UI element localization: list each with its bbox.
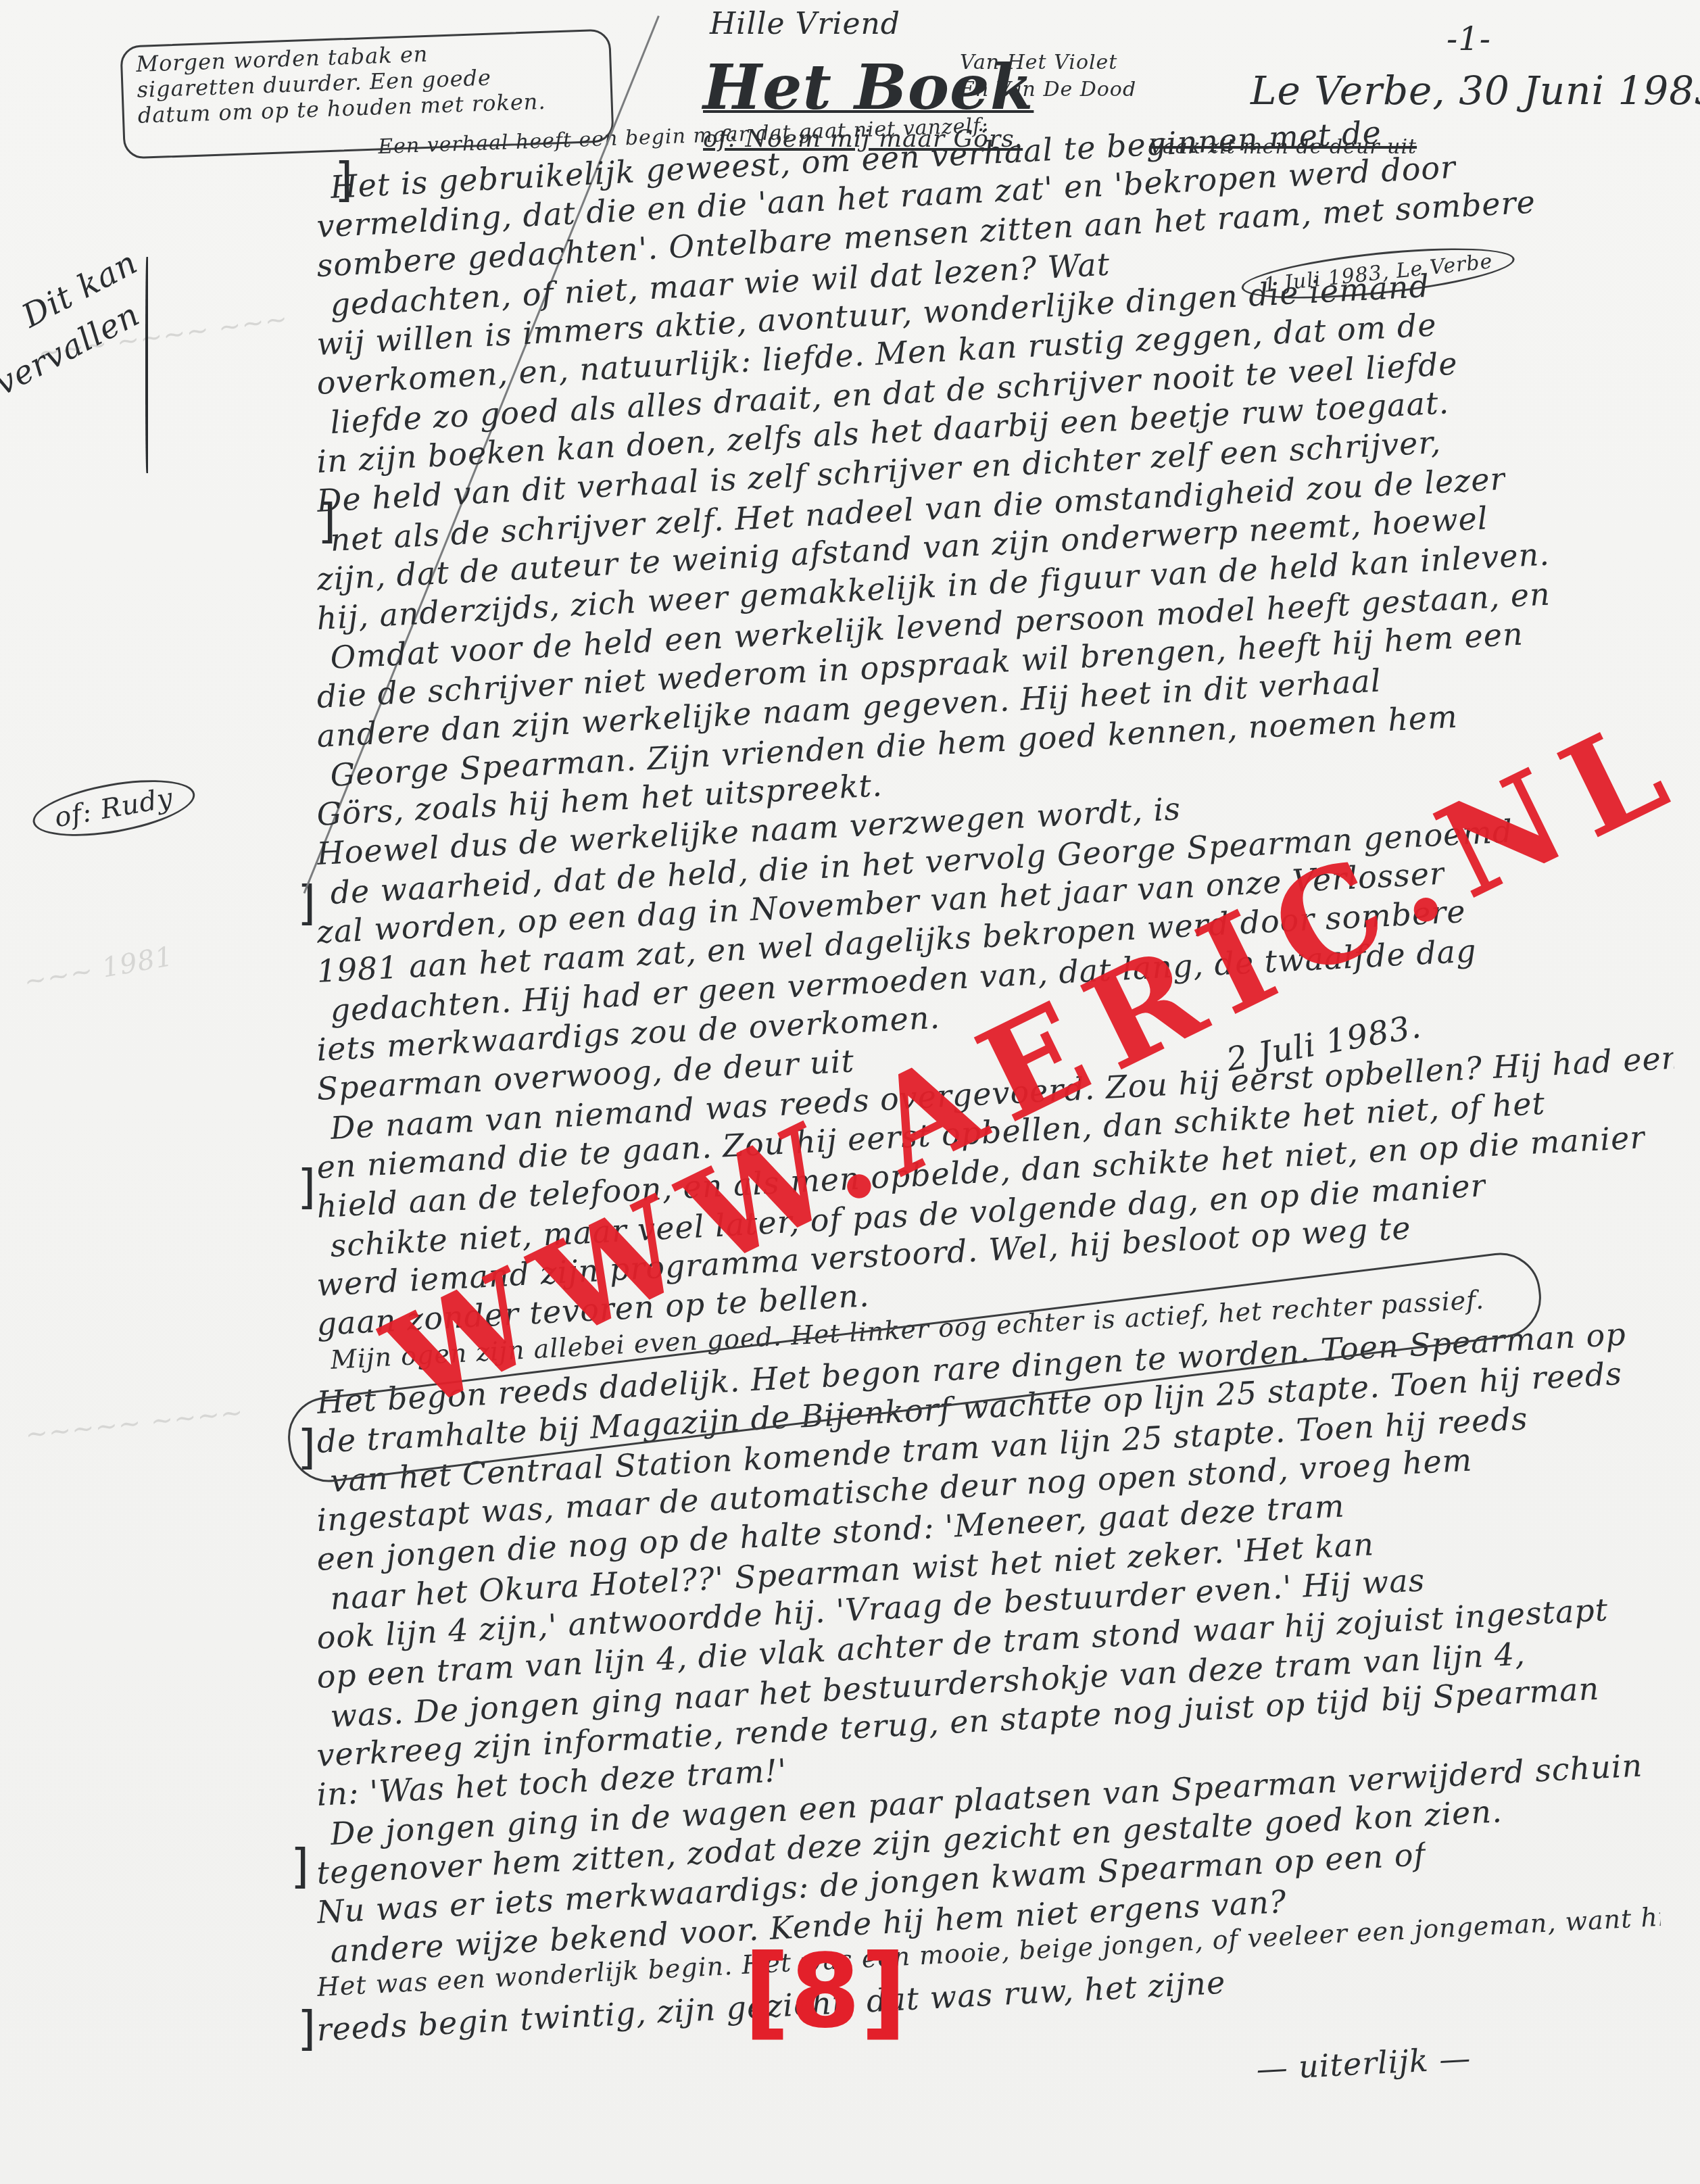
page-number: -1- bbox=[1447, 20, 1491, 58]
author-header: Hille Vriend bbox=[710, 7, 900, 41]
bleed-through-text: ~~~ 1981 bbox=[22, 941, 176, 998]
title-subtitle-2: En Van De Dood bbox=[960, 78, 1136, 101]
margin-note-rudy: of: Rudy bbox=[28, 770, 199, 846]
paragraph-bracket: ] bbox=[297, 1159, 316, 1215]
manuscript-page: ~~~ ~~~~ ~~~ ~~~ 1981 ~~~~~ ~~~~ Hille V… bbox=[0, 0, 1700, 2184]
paragraph-bracket: ] bbox=[291, 1839, 309, 1894]
title-subtitle-1: Van Het Violet bbox=[960, 51, 1117, 74]
margin-bracket-line bbox=[145, 257, 148, 473]
bleed-through-text: ~~~~~ ~~~~ bbox=[24, 1397, 245, 1451]
page-label: [8] bbox=[744, 1933, 906, 2051]
paragraph-bracket: ] bbox=[297, 2001, 316, 2056]
manuscript-line: — uiterlijk — bbox=[1255, 2039, 1472, 2087]
place-date: Le Verbe, 30 Juni 1983. bbox=[1250, 68, 1700, 114]
